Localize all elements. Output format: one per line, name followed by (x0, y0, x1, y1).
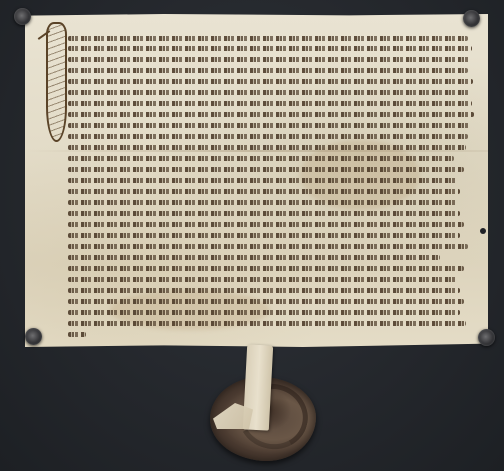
photo-stage (0, 0, 504, 471)
text-line (68, 244, 468, 249)
text-line (68, 299, 464, 304)
text-line (68, 145, 466, 150)
text-line (68, 123, 470, 128)
text-line (68, 90, 470, 95)
text-line (68, 167, 464, 172)
text-line (68, 68, 468, 73)
fold-crease (25, 150, 488, 152)
text-line (68, 112, 474, 117)
parchment-hole (480, 228, 486, 234)
mounting-pin-top-right (463, 10, 480, 27)
text-line (68, 200, 458, 205)
text-line (68, 255, 440, 260)
mounting-pin-bottom-right (478, 329, 495, 346)
text-line (68, 233, 460, 238)
text-line (68, 266, 464, 271)
text-line (68, 36, 468, 41)
text-line (68, 101, 472, 106)
text-line (68, 222, 464, 227)
decorated-initial (46, 22, 67, 142)
text-line (68, 178, 458, 183)
text-line (68, 57, 470, 62)
text-line (68, 79, 473, 84)
text-line (68, 134, 468, 139)
text-line (68, 211, 460, 216)
mounting-pin-bottom-left (25, 328, 42, 345)
text-line (68, 189, 460, 194)
text-line (68, 332, 86, 337)
mounting-pin-top-left (14, 8, 31, 25)
text-line (68, 156, 454, 161)
text-line (68, 321, 466, 326)
text-line (68, 288, 460, 293)
text-line (68, 310, 460, 315)
text-line (68, 277, 458, 282)
text-line (68, 46, 472, 51)
